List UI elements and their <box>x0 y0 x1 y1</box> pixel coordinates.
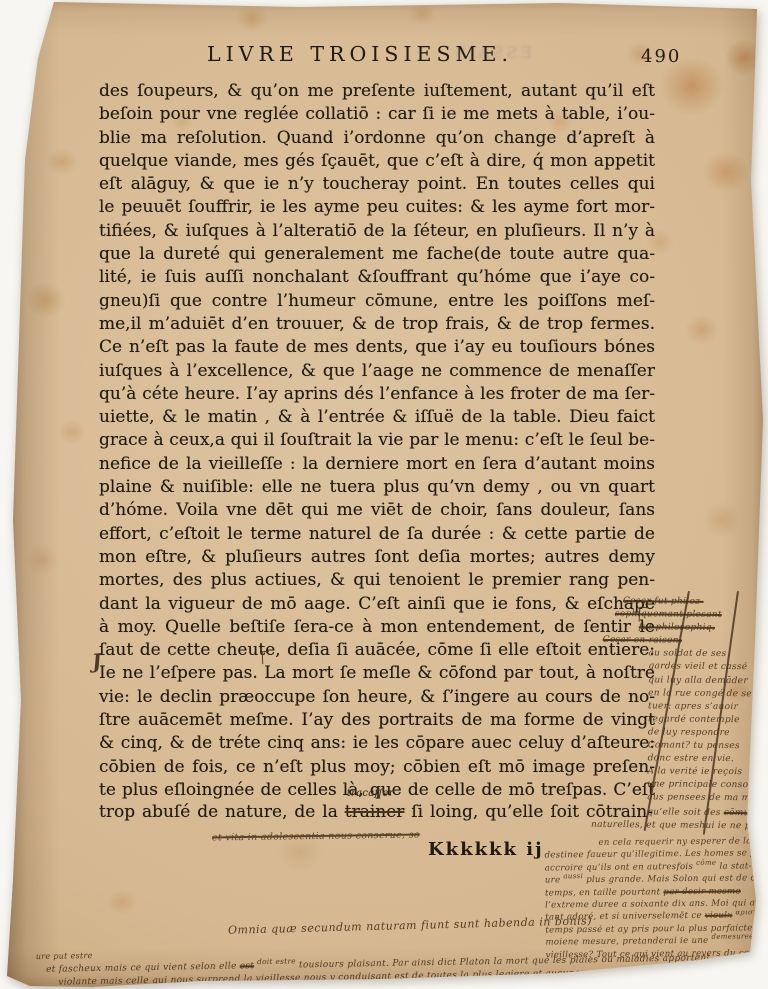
printed-line: nefice de la vieilleſſe : la derniere mo… <box>99 453 655 476</box>
printed-line: me,il m’aduiēt d’en trouuer, & de trop f… <box>99 313 655 336</box>
handwritten-line: une principale consolation <box>647 779 768 793</box>
printed-line: gneu)ſi que contre l’humeur cōmune, entr… <box>99 290 655 313</box>
printed-line: cōbien de fois, ce n’eſt plus moy; cōbie… <box>99 756 655 779</box>
printed-line: Ce n’eſt pas la faute de mes dents, que … <box>99 336 655 359</box>
insertion-mark <box>262 651 269 664</box>
handwritten-line: Comant? tu penses <box>648 739 768 753</box>
printed-line: d’hóme. Voila vne dēt qui me viēt de cho… <box>99 499 655 522</box>
printed-line: à moy. Quelle beſtiſe ſera-ce à mon ente… <box>99 616 655 639</box>
printed-line: vie: le declin præoccupe ſon heure, & ſ’… <box>99 686 655 709</box>
show-through-text: ESSAIS <box>452 43 532 62</box>
bottom-annotation: ure put estreet fascheux mais ce qui vie… <box>46 938 714 989</box>
latin-quote-annotation: Omnia quæ secundum naturam fiunt sunt ha… <box>228 914 592 937</box>
printed-line: Ie ne l’eſpere pas. La mort ſe meſle & c… <box>99 662 655 685</box>
struck-handwriting: et vita in adolescentia nous conserue, s… <box>212 830 420 844</box>
corrected-word: trainertracaſſer <box>345 802 405 822</box>
printed-line: tifiées, & iuſques à l’alteratiō de la ſ… <box>99 220 655 243</box>
printed-line: ſtre auācemēt meſme. I’ay des portraits … <box>99 709 655 732</box>
printed-line: quelque viande, mes gés ſçauēt, que c’eſ… <box>99 150 655 173</box>
insertion-mark <box>639 607 649 622</box>
printed-line: le peuuēt ſouffrir, ie les ayme peu cuit… <box>99 196 655 219</box>
handwritten-line: gardes vieil et cassé <box>648 661 768 675</box>
printed-line: que la dureté qui generalement me fache(… <box>99 243 655 266</box>
book-page: LIVRE TROISIESME. ESSAIS 490 des ſoupeur… <box>0 0 768 989</box>
handwritten-line: de luy respondre <box>648 726 768 740</box>
printed-line: & cinq, & de tréte cinq ans: ie les cōpa… <box>99 732 655 755</box>
crossed-out-draft-line: et vita in adolescentia nous conserue, s… <box>212 830 420 844</box>
page-number: 490 <box>641 46 681 67</box>
printed-line: plaine & nuiſible: elle ne tuera plus qu… <box>99 476 655 499</box>
printed-line: des ſoupeurs, & qu’on me preſente iuſtem… <box>99 80 655 103</box>
printed-line: qu’à céte heure. I’ay aprins dés l’enfan… <box>99 383 655 406</box>
printed-line: blie ma reſolution. Quand i’ordonne qu’o… <box>99 127 655 150</box>
printed-line: lité, ie ſuis auſſi nonchalant &ſouffran… <box>99 266 655 289</box>
printed-line: eſt alāguy, & que ie n’y toucheray point… <box>99 173 655 196</box>
printed-line: effort, c’eſtoit le terme naturel de ſa … <box>99 523 655 546</box>
page-shadow-wrap: LIVRE TROISIESME. ESSAIS 490 des ſoupeur… <box>0 0 768 989</box>
handwritten-line: naturelles, et que meshui ie ne puis <box>591 818 768 833</box>
printed-line: mon eſtre, & pluſieurs autres ſont deſia… <box>99 546 655 569</box>
photo-background: LIVRE TROISIESME. ESSAIS 490 des ſoupeur… <box>0 0 768 989</box>
printed-line-with-correction: trop abuſé de nature, de la trainertraca… <box>99 802 655 822</box>
printed-line: mortes, des plus actiues, & qui tenoient… <box>99 569 655 592</box>
printed-line: grace à ceux,a qui il ſouſtrait la vie p… <box>99 429 655 452</box>
printed-line: beſoin pour vne reglée collatiō : car ſi… <box>99 103 655 126</box>
signature-mark: Kkkkkk ij <box>428 839 544 860</box>
printed-line: iuſques à l’excellence, & que l’aage ne … <box>99 360 655 383</box>
printed-line: dant la vigueur de mō aage. C’eſt ainſi … <box>99 593 655 616</box>
handwritten-line: qui luy alla demāder <box>648 674 768 688</box>
handwritten-line: A la verité ie reçois <box>647 766 768 780</box>
printed-text-block: des ſoupeurs, & qu’on me preſente iuſtem… <box>99 80 655 802</box>
struck-printed-word: trainer <box>345 802 405 822</box>
handwritten-line: en la rue congé de se <box>648 687 768 701</box>
printed-text: trop abuſé de nature, de la <box>99 802 345 822</box>
printed-line: uiette, & le matin , & à l’entrée & iſſu… <box>99 406 655 429</box>
je-overwrite-letter: J <box>91 649 103 674</box>
handwritten-replacement-word: tracaſſer <box>347 788 394 799</box>
handwritten-line: Cesar en raison, <box>603 634 768 649</box>
printed-line: ſaut de cette cheute, deſia ſi auācée, c… <box>99 639 655 662</box>
handwritten-line: donc estre en vie. <box>648 752 768 766</box>
handwritten-line: au soldat de ses <box>648 648 768 662</box>
